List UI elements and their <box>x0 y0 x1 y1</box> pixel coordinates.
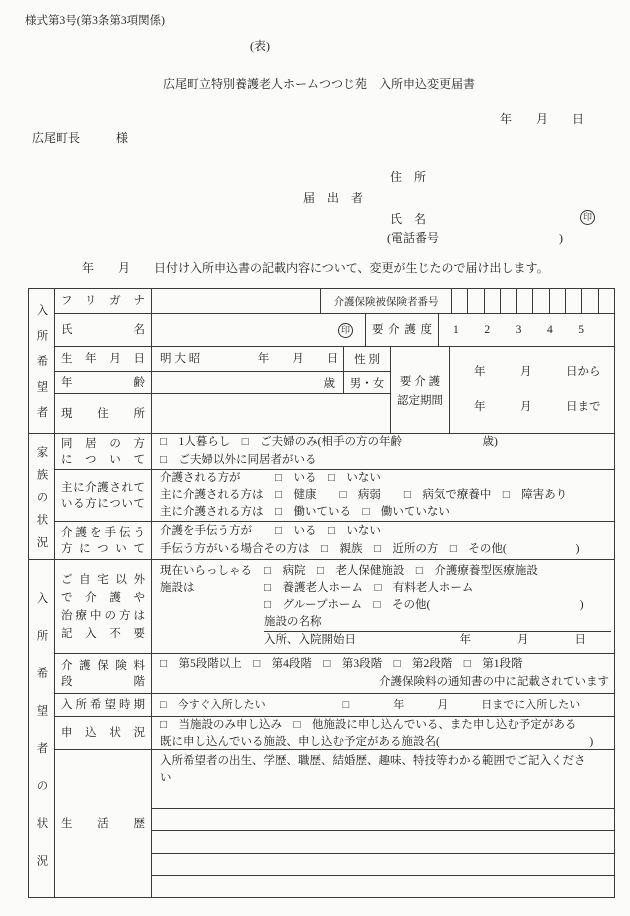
cert-period-label-cell: 要 介 護 認定期間 <box>391 347 450 433</box>
declarant-name-label: 氏 名 <box>390 212 426 227</box>
name-label: 氏名 <box>61 322 145 338</box>
facility-option-line: □ グループホーム □ その他( ) <box>264 597 614 614</box>
timing-label-cell: 入所希望時期 <box>55 694 152 716</box>
form-number: 様式第3号(第3条第3項関係) <box>25 14 165 28</box>
care-level-option: 1 <box>453 324 459 336</box>
birth-input-area: 明 大 昭 年 月 日 <box>152 347 343 371</box>
cert-period-to: 年 月 日まで <box>474 399 614 416</box>
helper-row: 介護を手伝う 方について 介護を手伝う方が □ いる □ いない 手伝う方がいる… <box>55 521 614 559</box>
status-band-label: 入所希望者の状況 <box>30 592 54 892</box>
age-label: 年齢 <box>61 375 145 391</box>
life-history-instruction-line: い <box>160 770 608 787</box>
cohabitation-row: 同居の方 について □ 1人暮らし □ ご夫婦のみ(相手の方の年齢 歳) □ ご… <box>55 434 614 469</box>
insured-number-cell <box>598 289 614 313</box>
name-row: 氏名 印 要介護度 12345 <box>55 313 614 346</box>
facility-label-line: で介護や <box>61 590 145 606</box>
sex-value: 男・女 <box>350 375 385 391</box>
start-date-label: 入所、入院開始日 <box>264 632 356 649</box>
cohabitation-label-cell: 同居の方 について <box>55 434 152 469</box>
facility-name-underline: 施設の名称 <box>264 614 611 632</box>
insured-number-cell <box>549 289 565 313</box>
cert-period-cell: 要 介 護 認定期間 年 月 日から 年 月 日まで <box>390 347 614 433</box>
application-status-label-cell: 申込状況 <box>55 717 152 749</box>
timing-row: 入所希望時期 □ 今すぐ入所したい □ 年 月 日までに入所したい <box>55 693 614 716</box>
name-input-area: 印 <box>152 314 365 346</box>
insured-number-label-cell: 介護保険被保険者番号 <box>320 289 452 313</box>
seal-icon: 印 <box>580 210 595 225</box>
insured-number-cell <box>467 289 483 313</box>
declarant-group-label: 届 出 者 <box>303 191 363 206</box>
insured-number-cell <box>484 289 500 313</box>
cohabitation-label-line1: 同居の方 <box>61 436 145 452</box>
facility-intro-line: 施設は <box>160 580 264 597</box>
sex-label: 性 別 <box>354 351 380 367</box>
premium-label-line2: 段階 <box>61 674 145 690</box>
insured-number-cell <box>532 289 548 313</box>
furigana-label: フリガナ <box>61 293 145 309</box>
timing-label: 入所希望時期 <box>61 697 145 713</box>
seal-icon: 印 <box>338 323 353 338</box>
care-level-option: 5 <box>578 324 584 336</box>
cert-period-label-line2: 認定期間 <box>397 392 443 408</box>
facility-label-line: 記入不要 <box>61 626 145 642</box>
caregiver-label-cell: 主に介護されて いる方について <box>55 470 152 521</box>
caregiver-option-line: 主に介護される方は □ 働いている □ 働いていない <box>160 504 614 521</box>
care-level-label: 要介護度 <box>372 322 432 338</box>
birth-row: 生年月日 明 大 昭 年 月 日 性 別 <box>55 347 390 371</box>
cohabitation-option-line: □ ご夫婦以外に同居者がいる <box>160 452 614 469</box>
facility-row: ご自宅以外 で介護や 治療中の方は 記入不要 現在いらっしゃる 施設は <box>55 560 614 653</box>
addressee-line: 広尾町長 様 <box>32 131 128 146</box>
life-history-blank-row <box>152 830 614 852</box>
insured-number-cell <box>581 289 597 313</box>
premium-note-line: 介護保険料の通知書の中に記載されています <box>160 674 609 691</box>
start-date-blanks: 年 月 日 <box>460 632 587 649</box>
declarant-address-label: 住 所 <box>390 170 426 185</box>
birth-era-value: 明 大 昭 年 月 日 <box>160 351 338 368</box>
caregiver-option-line: 主に介護される方は □ 健康 □ 病弱 □ 病気で療養中 □ 障害あり <box>160 487 614 504</box>
helper-option-line: 手伝う方がいる場合その方は □ 親族 □ 近所の方 □ その他( ) <box>160 541 614 558</box>
furigana-row: フリガナ 介護保険被保険者番号 <box>55 289 614 313</box>
facility-options-column: □ 病院 □ 老人保健施設 □ 介護療養型医療施設 □ 養護老人ホーム □ 有料… <box>264 563 614 614</box>
insured-number-cell <box>565 289 581 313</box>
premium-label-cell: 介護保険料 段階 <box>55 654 152 693</box>
applicant-band-label-cell: 入所希望者 <box>29 289 55 433</box>
applicant-section: 入所希望者 フリガナ 介護保険被保険者番号 <box>29 289 614 433</box>
facility-option-line: □ 養護老人ホーム □ 有料老人ホーム <box>264 580 614 597</box>
cert-period-dates: 年 月 日から 年 月 日まで <box>450 347 614 433</box>
facility-intro-line: 現在いらっしゃる <box>160 563 264 580</box>
application-status-line: □ 当施設のみ申し込み □ 他施設に申し込んでいる、また申し込む予定がある <box>160 717 614 734</box>
age-label-cell: 年齢 <box>55 372 152 393</box>
life-history-instruction-line: 入所希望者の出生、学歴、職歴、結婚歴、趣味、特技等わかる範囲でご記入くださ <box>160 753 608 770</box>
caregiver-option-line: 介護される方が □ いる □ いない <box>160 470 614 487</box>
declarant-phone-line: (電話番号 ) <box>387 231 563 246</box>
premium-option-line: □ 第5段階以上 □ 第4段階 □ 第3段階 □ 第2段階 □ 第1段階 <box>160 656 609 673</box>
care-level-label-cell: 要介護度 <box>365 314 439 346</box>
applicant-band-label: 入所希望者 <box>30 304 54 432</box>
birth-age-address-rows: 生年月日 明 大 昭 年 月 日 性 別 年齢 <box>55 346 614 433</box>
cohabitation-option-line: □ 1人暮らし □ ご夫婦のみ(相手の方の年齢 歳) <box>160 434 614 451</box>
life-history-row: 生活歴 入所希望者の出生、学歴、職歴、結婚歴、趣味、特技等わかる範囲でご記入くだ… <box>55 749 614 897</box>
life-history-blank-rows <box>152 808 614 897</box>
facility-start-date-line: 入所、入院開始日 年 月 日 <box>264 632 586 649</box>
care-level-option: 2 <box>484 324 490 336</box>
birth-label: 生年月日 <box>61 351 145 367</box>
cert-period-from: 年 月 日から <box>474 364 614 381</box>
insured-number-cell <box>452 289 467 313</box>
application-table: 入所希望者 フリガナ 介護保険被保険者番号 <box>28 288 615 898</box>
form-title: 広尾町立特別養護老人ホームつつじ苑 入所申込変更届書 <box>163 77 475 92</box>
helper-option-line: 介護を手伝う方が □ いる □ いない <box>160 523 614 540</box>
seal-character: 印 <box>583 213 592 222</box>
insured-number-cell <box>500 289 516 313</box>
insured-number-label: 介護保険被保険者番号 <box>334 294 439 309</box>
life-history-label: 生活歴 <box>61 816 145 832</box>
furigana-input-area <box>152 289 320 313</box>
insured-number-cells <box>452 289 614 313</box>
status-band-label-cell: 入所希望者の状況 <box>29 560 55 897</box>
helper-label-cell: 介護を手伝う 方について <box>55 522 152 559</box>
application-status-row: 申込状況 □ 当施設のみ申し込み □ 他施設に申し込んでいる、また申し込む予定が… <box>55 716 614 749</box>
header-date-line: 年 月 日 <box>500 112 584 127</box>
furigana-label-cell: フリガナ <box>55 289 152 313</box>
cert-period-label-line1: 要 介 護 <box>400 373 440 389</box>
status-section: 入所希望者の状況 ご自宅以外 で介護や 治療中の方は 記入不要 現在いらっしゃる <box>29 559 614 897</box>
life-history-blank-row <box>152 875 614 897</box>
facility-intro-column: 現在いらっしゃる 施設は <box>160 563 264 614</box>
facility-label-cell: ご自宅以外 で介護や 治療中の方は 記入不要 <box>55 560 152 653</box>
insured-number-cell <box>516 289 532 313</box>
life-history-blank-row <box>152 853 614 875</box>
facility-label-line: ご自宅以外 <box>61 572 145 588</box>
facility-name-label: 施設の名称 <box>264 616 322 628</box>
sex-label-cell: 性 別 <box>343 347 390 371</box>
premium-label-line1: 介護保険料 <box>61 658 145 674</box>
timing-option-line: □ 今すぐ入所したい □ 年 月 日までに入所したい <box>160 697 580 714</box>
address-label-cell: 現住所 <box>55 394 152 433</box>
helper-label-line1: 介護を手伝う <box>61 525 145 541</box>
age-input-area: 歳 <box>152 372 343 393</box>
care-level-options: 12345 <box>439 314 614 346</box>
name-label-cell: 氏名 <box>55 314 152 346</box>
life-history-blank-row <box>152 808 614 830</box>
birth-label-cell: 生年月日 <box>55 347 152 371</box>
premium-row: 介護保険料 段階 □ 第5段階以上 □ 第4段階 □ 第3段階 □ 第2段階 □… <box>55 653 614 693</box>
helper-label-line2: 方について <box>61 541 145 557</box>
life-history-instruction: 入所希望者の出生、学歴、職歴、結婚歴、趣味、特技等わかる範囲でご記入くださ い <box>152 750 614 808</box>
form-page: 様式第3号(第3条第3項関係) (表) 広尾町立特別養護老人ホームつつじ苑 入所… <box>0 0 630 916</box>
statement-line: 年 月 日付け入所申込書の記載内容について、変更が生じたので届け出します。 <box>82 261 549 276</box>
caregiver-label-line2: いる方について <box>61 496 145 512</box>
page-side-marker: (表) <box>250 39 270 54</box>
facility-option-line: □ 病院 □ 老人保健施設 □ 介護療養型医療施設 <box>264 563 614 580</box>
age-row: 年齢 歳 男・女 <box>55 371 390 393</box>
seal-character: 印 <box>341 326 350 335</box>
caregiver-row: 主に介護されて いる方について 介護される方が □ いる □ いない 主に介護さ… <box>55 469 614 521</box>
family-band-label-cell: 家族の状況 <box>29 434 55 559</box>
caregiver-label-line1: 主に介護されて <box>61 480 145 496</box>
age-unit: 歳 <box>324 375 336 391</box>
facility-label-line: 治療中の方は <box>61 608 145 624</box>
address-input-area <box>152 394 390 433</box>
family-band-label: 家族の状況 <box>30 446 54 559</box>
care-level-option: 3 <box>516 324 522 336</box>
cohabitation-label-line2: について <box>61 452 145 468</box>
life-history-label-cell: 生活歴 <box>55 750 152 897</box>
sex-value-cell: 男・女 <box>343 372 390 393</box>
family-section: 家族の状況 同居の方 について □ 1人暮らし □ ご夫婦のみ(相手の方の年齢 … <box>29 433 614 559</box>
application-status-label: 申込状況 <box>61 725 145 741</box>
address-label: 現住所 <box>61 406 145 422</box>
address-row: 現住所 <box>55 393 390 433</box>
care-level-option: 4 <box>547 324 553 336</box>
